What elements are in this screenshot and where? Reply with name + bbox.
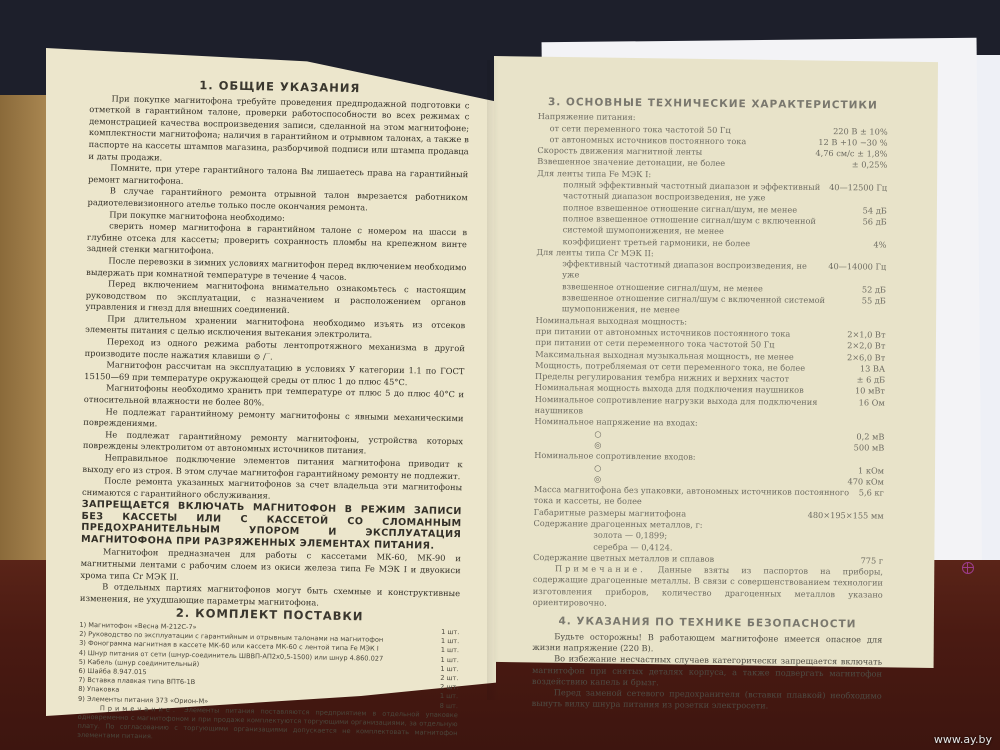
spec-value: 4% xyxy=(867,239,886,250)
recording-warning: ЗАПРЕЩАЕТСЯ ВКЛЮЧАТЬ МАГНИТОФОН В РЕЖИМ … xyxy=(81,499,462,552)
spec-value: 2×6,0 Вт xyxy=(841,352,885,364)
spec-value: 470 кОм xyxy=(841,476,884,488)
spec-value: ± 6 дБ xyxy=(851,374,885,386)
section-2-note: Примечание. Элементы питания поставляютс… xyxy=(77,704,458,748)
spec-value: 500 мВ xyxy=(848,442,885,454)
spec-value: 40—14000 Гц xyxy=(822,261,886,273)
spec-value: 40—12500 Гц xyxy=(823,182,887,194)
delivery-kit-list: 1) Магнитофон «Весна М-212С-7»1 шт.2) Ру… xyxy=(78,621,460,711)
spec-label: Масса магнитофона без упаковки, автономн… xyxy=(534,484,853,510)
spec-value: 52 дБ xyxy=(856,284,886,296)
left-page-content: 1. ОБЩИЕ УКАЗАНИЯ При покупке магнитофон… xyxy=(77,76,470,748)
kit-item-qty: 1 шт. xyxy=(434,692,458,702)
spec-value: 13 ВА xyxy=(854,363,885,375)
kit-item-qty: 1 шт. xyxy=(435,646,459,656)
crosshair-stamp-icon xyxy=(962,562,974,574)
spec-value: ± 0,25% xyxy=(846,160,888,172)
kit-item-qty: 2 шт. xyxy=(434,674,458,684)
spec-label: Номинальное сопротивление нагрузки выход… xyxy=(535,394,853,420)
paragraph: При покупке магнитофона требуйте проведе… xyxy=(88,93,469,170)
spec-value: 480×195×155 мм xyxy=(802,509,884,521)
note-label: Примечание. xyxy=(100,704,178,713)
tech-specs-list: Напряжение питания:от сети переменного т… xyxy=(533,111,888,567)
paragraph: Во избежание несчастных случаев категори… xyxy=(532,653,882,691)
spec-value: 5,6 кг xyxy=(853,487,884,499)
kit-item-qty: 1 шт. xyxy=(435,655,459,665)
spec-value: 2×1,0 Вт xyxy=(841,329,885,341)
paragraph: Перед заменой сетевого предохранителя (в… xyxy=(532,687,882,713)
section-1-paragraphs: При покупке магнитофона требуйте проведе… xyxy=(82,93,470,506)
spec-label: полный эффективный частотный диапазон и … xyxy=(537,179,823,205)
spec-value: 16 Ом xyxy=(853,397,885,409)
spec-label: эффективный частотный диапазон воспроизв… xyxy=(536,258,822,284)
section-3-note: Примечание. Данные взяты из паспортов на… xyxy=(533,563,883,612)
spec-value: 220 В ± 10% xyxy=(827,126,888,138)
spec-value: 1 кОм xyxy=(852,465,884,477)
kit-item-qty: 1 шт. xyxy=(435,628,459,638)
watermark: www.ay.by xyxy=(934,733,992,746)
note-label: Примечание. xyxy=(555,563,646,574)
book-gutter xyxy=(487,60,499,700)
kit-item-qty: 1 шт. xyxy=(435,637,459,647)
spec-value: 10 мВт xyxy=(849,386,885,398)
spec-value: 12 В +10 −30 % xyxy=(812,137,887,149)
section-3-title: 3. ОСНОВНЫЕ ТЕХНИЧЕСКИЕ ХАРАКТЕРИСТИКИ xyxy=(538,97,888,112)
kit-item-qty: 8 шт. xyxy=(434,701,458,711)
spec-value: 775 г xyxy=(855,555,884,567)
spec-value: 56 дБ xyxy=(857,216,887,228)
section-1-after-warning: Магнитофон предназначен для работы с кас… xyxy=(80,546,461,611)
spec-value: 55 дБ xyxy=(856,295,886,307)
section-4-title: 4. УКАЗАНИЯ ПО ТЕХНИКЕ БЕЗОПАСНОСТИ xyxy=(532,616,882,631)
spec-value: 0,2 мВ xyxy=(850,431,884,443)
spec-value: 4,76 см/с ± 1,8% xyxy=(809,148,887,160)
right-page-content: 3. ОСНОВНЫЕ ТЕХНИЧЕСКИЕ ХАРАКТЕРИСТИКИ Н… xyxy=(532,95,888,713)
safety-paragraphs: Будьте осторожны! В работающем магнитофо… xyxy=(532,631,883,714)
spec-value: 2×2,0 Вт xyxy=(841,340,885,352)
kit-item-qty: 2 шт. xyxy=(434,683,458,693)
spec-value: 54 дБ xyxy=(857,205,887,217)
spec-label: полное взвешенное отношение сигнал/шум с… xyxy=(537,213,857,239)
spec-label: взвешенное отношение сигнал/шум с включе… xyxy=(536,292,856,318)
kit-item-qty: 1 шт. xyxy=(434,664,458,674)
